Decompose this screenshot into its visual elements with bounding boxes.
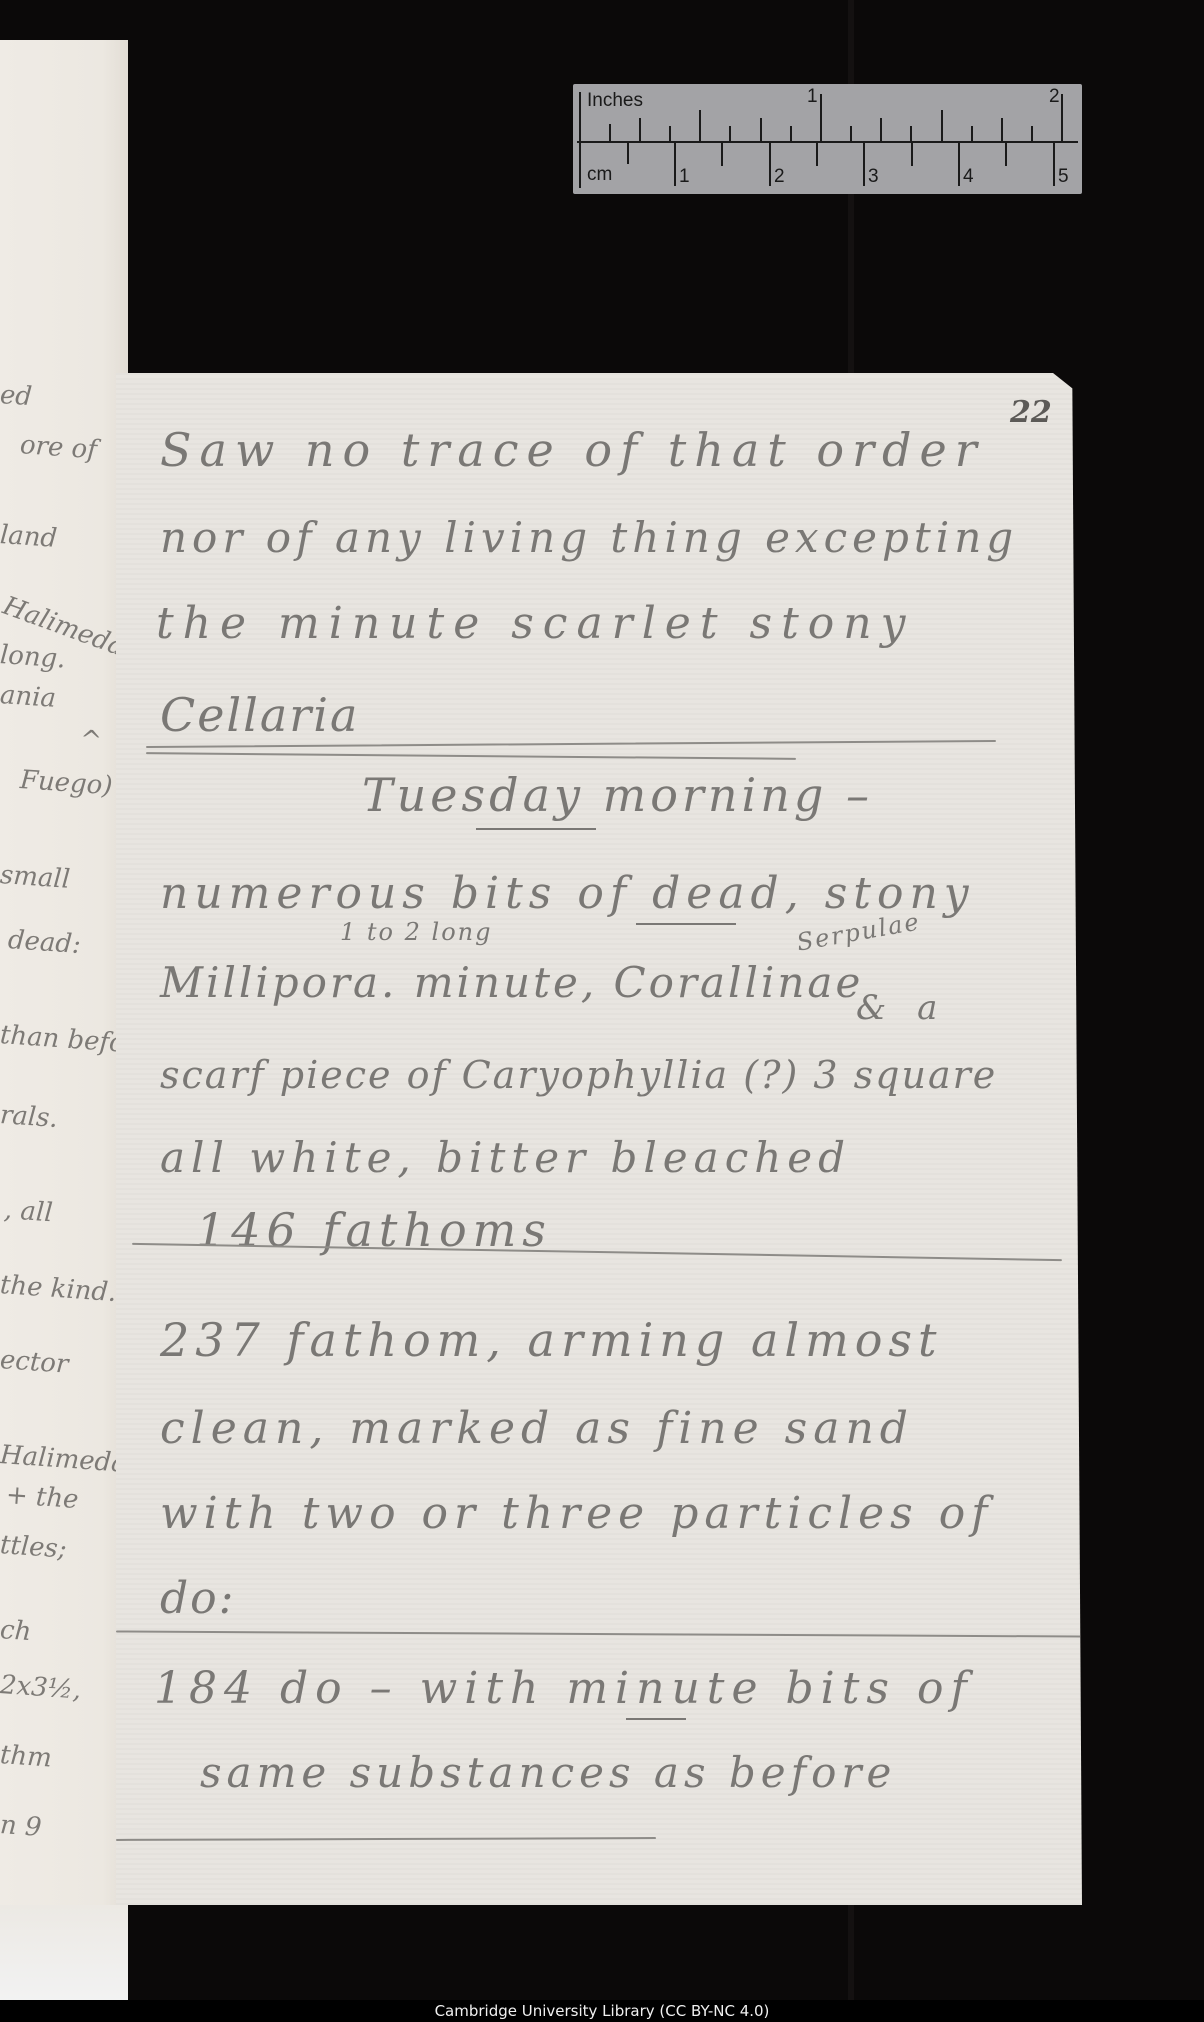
scale-ruler: Inches 1 2 cm 1 2 3 4 5 bbox=[573, 84, 1082, 194]
ruler-cm-3: 3 bbox=[868, 166, 879, 188]
margin-note: ed bbox=[0, 380, 33, 412]
margin-note: ore of bbox=[19, 430, 98, 465]
credit-text: Cambridge University Library (CC BY-NC 4… bbox=[435, 2002, 770, 2020]
ruler-tick bbox=[609, 124, 611, 142]
handwritten-line: do: bbox=[160, 1573, 235, 1624]
margin-note: small bbox=[0, 860, 71, 895]
ruler-tick bbox=[971, 126, 973, 142]
page-number: 22 bbox=[1010, 395, 1052, 430]
handwritten-line: Cellaria bbox=[160, 688, 359, 742]
ruler-tick bbox=[760, 118, 762, 142]
ruler-tick bbox=[699, 110, 701, 142]
margin-note: dead: bbox=[7, 925, 82, 960]
manuscript-page: 22 Saw no trace of that order nor of any… bbox=[116, 373, 1082, 1905]
ruler-tick bbox=[790, 126, 792, 142]
ruler-tick bbox=[1053, 142, 1055, 186]
ruler-cm-4: 4 bbox=[963, 166, 974, 188]
handwritten-insertion: & a bbox=[856, 988, 947, 1028]
word-underline bbox=[636, 923, 736, 925]
section-divider bbox=[146, 752, 796, 760]
ruler-tick bbox=[1005, 142, 1007, 166]
ruler-tick bbox=[880, 118, 882, 142]
ruler-inch-2: 2 bbox=[1049, 86, 1060, 108]
ruler-tick bbox=[1061, 94, 1063, 142]
handwritten-line: 237 fathom, arming almost bbox=[160, 1313, 943, 1367]
handwritten-line: 184 do – with minute bits of bbox=[154, 1663, 974, 1714]
margin-note: ania bbox=[0, 680, 57, 714]
left-page-underside bbox=[0, 1905, 128, 2000]
ruler-tick bbox=[941, 110, 943, 142]
ruler-tick bbox=[579, 92, 581, 142]
margin-note: ector bbox=[0, 1345, 69, 1380]
ruler-cm-1: 1 bbox=[679, 166, 690, 188]
ruler-tick bbox=[958, 142, 960, 186]
handwritten-line: numerous bits of dead, stony bbox=[160, 868, 975, 919]
handwritten-line: nor of any living thing excepting bbox=[160, 513, 1018, 562]
margin-note: Fuego) bbox=[19, 765, 113, 801]
handwritten-line: scarf piece of Caryophyllia (?) 3 square bbox=[160, 1053, 997, 1097]
margin-note: + the bbox=[5, 1480, 80, 1515]
handwritten-line: Saw no trace of that order bbox=[160, 423, 985, 477]
handwritten-line: Millipora. minute, Corallinae bbox=[160, 958, 863, 1007]
ruler-cm-5: 5 bbox=[1058, 166, 1069, 188]
margin-note: ttles; bbox=[0, 1530, 68, 1565]
ruler-tick bbox=[669, 126, 671, 142]
heading-underline bbox=[476, 828, 596, 830]
ruler-tick bbox=[639, 118, 641, 142]
ruler-cm-2: 2 bbox=[774, 166, 785, 188]
handwritten-line: the minute scarlet stony bbox=[156, 598, 914, 649]
margin-note: ^ bbox=[79, 725, 103, 756]
handwritten-line: all white, bitter bleached bbox=[160, 1133, 851, 1182]
handwritten-heading: Tuesday morning – bbox=[362, 768, 873, 822]
handwritten-line: same substances as before bbox=[200, 1748, 896, 1797]
ruler-tick bbox=[579, 142, 581, 188]
left-facing-page bbox=[0, 40, 128, 2000]
margin-note: land bbox=[0, 520, 58, 554]
ruler-inch-1: 1 bbox=[807, 86, 818, 108]
margin-note: 2x3½, bbox=[0, 1670, 82, 1706]
margin-note: rals. bbox=[0, 1100, 59, 1134]
ruler-tick bbox=[674, 142, 676, 186]
handwritten-insertion: 1 to 2 long bbox=[340, 918, 492, 946]
margin-note: thm bbox=[0, 1740, 53, 1774]
ruler-tick bbox=[769, 142, 771, 186]
margin-note: long. bbox=[0, 640, 67, 675]
handwritten-line: clean, marked as fine sand bbox=[160, 1403, 914, 1454]
ruler-tick bbox=[1001, 118, 1003, 142]
word-underline bbox=[626, 1718, 686, 1720]
ruler-inches-label: Inches bbox=[587, 90, 643, 112]
handwritten-line: with two or three particles of bbox=[160, 1488, 993, 1539]
ruler-tick bbox=[863, 142, 865, 186]
ruler-tick bbox=[910, 126, 912, 142]
ruler-tick bbox=[911, 142, 913, 166]
ruler-tick bbox=[816, 142, 818, 166]
margin-note: , all bbox=[3, 1195, 54, 1228]
ruler-tick bbox=[729, 126, 731, 142]
ruler-tick bbox=[721, 142, 723, 166]
ruler-tick bbox=[1031, 126, 1033, 142]
ruler-cm-label: cm bbox=[587, 164, 612, 186]
ruler-tick bbox=[820, 94, 822, 142]
section-divider bbox=[116, 1837, 656, 1841]
section-divider bbox=[116, 1630, 1082, 1637]
image-credit-footer: Cambridge University Library (CC BY-NC 4… bbox=[0, 2000, 1204, 2022]
margin-note: n 9 bbox=[0, 1810, 43, 1843]
ruler-tick bbox=[850, 126, 852, 142]
margin-note: ch bbox=[0, 1615, 32, 1647]
ruler-tick bbox=[627, 142, 629, 164]
